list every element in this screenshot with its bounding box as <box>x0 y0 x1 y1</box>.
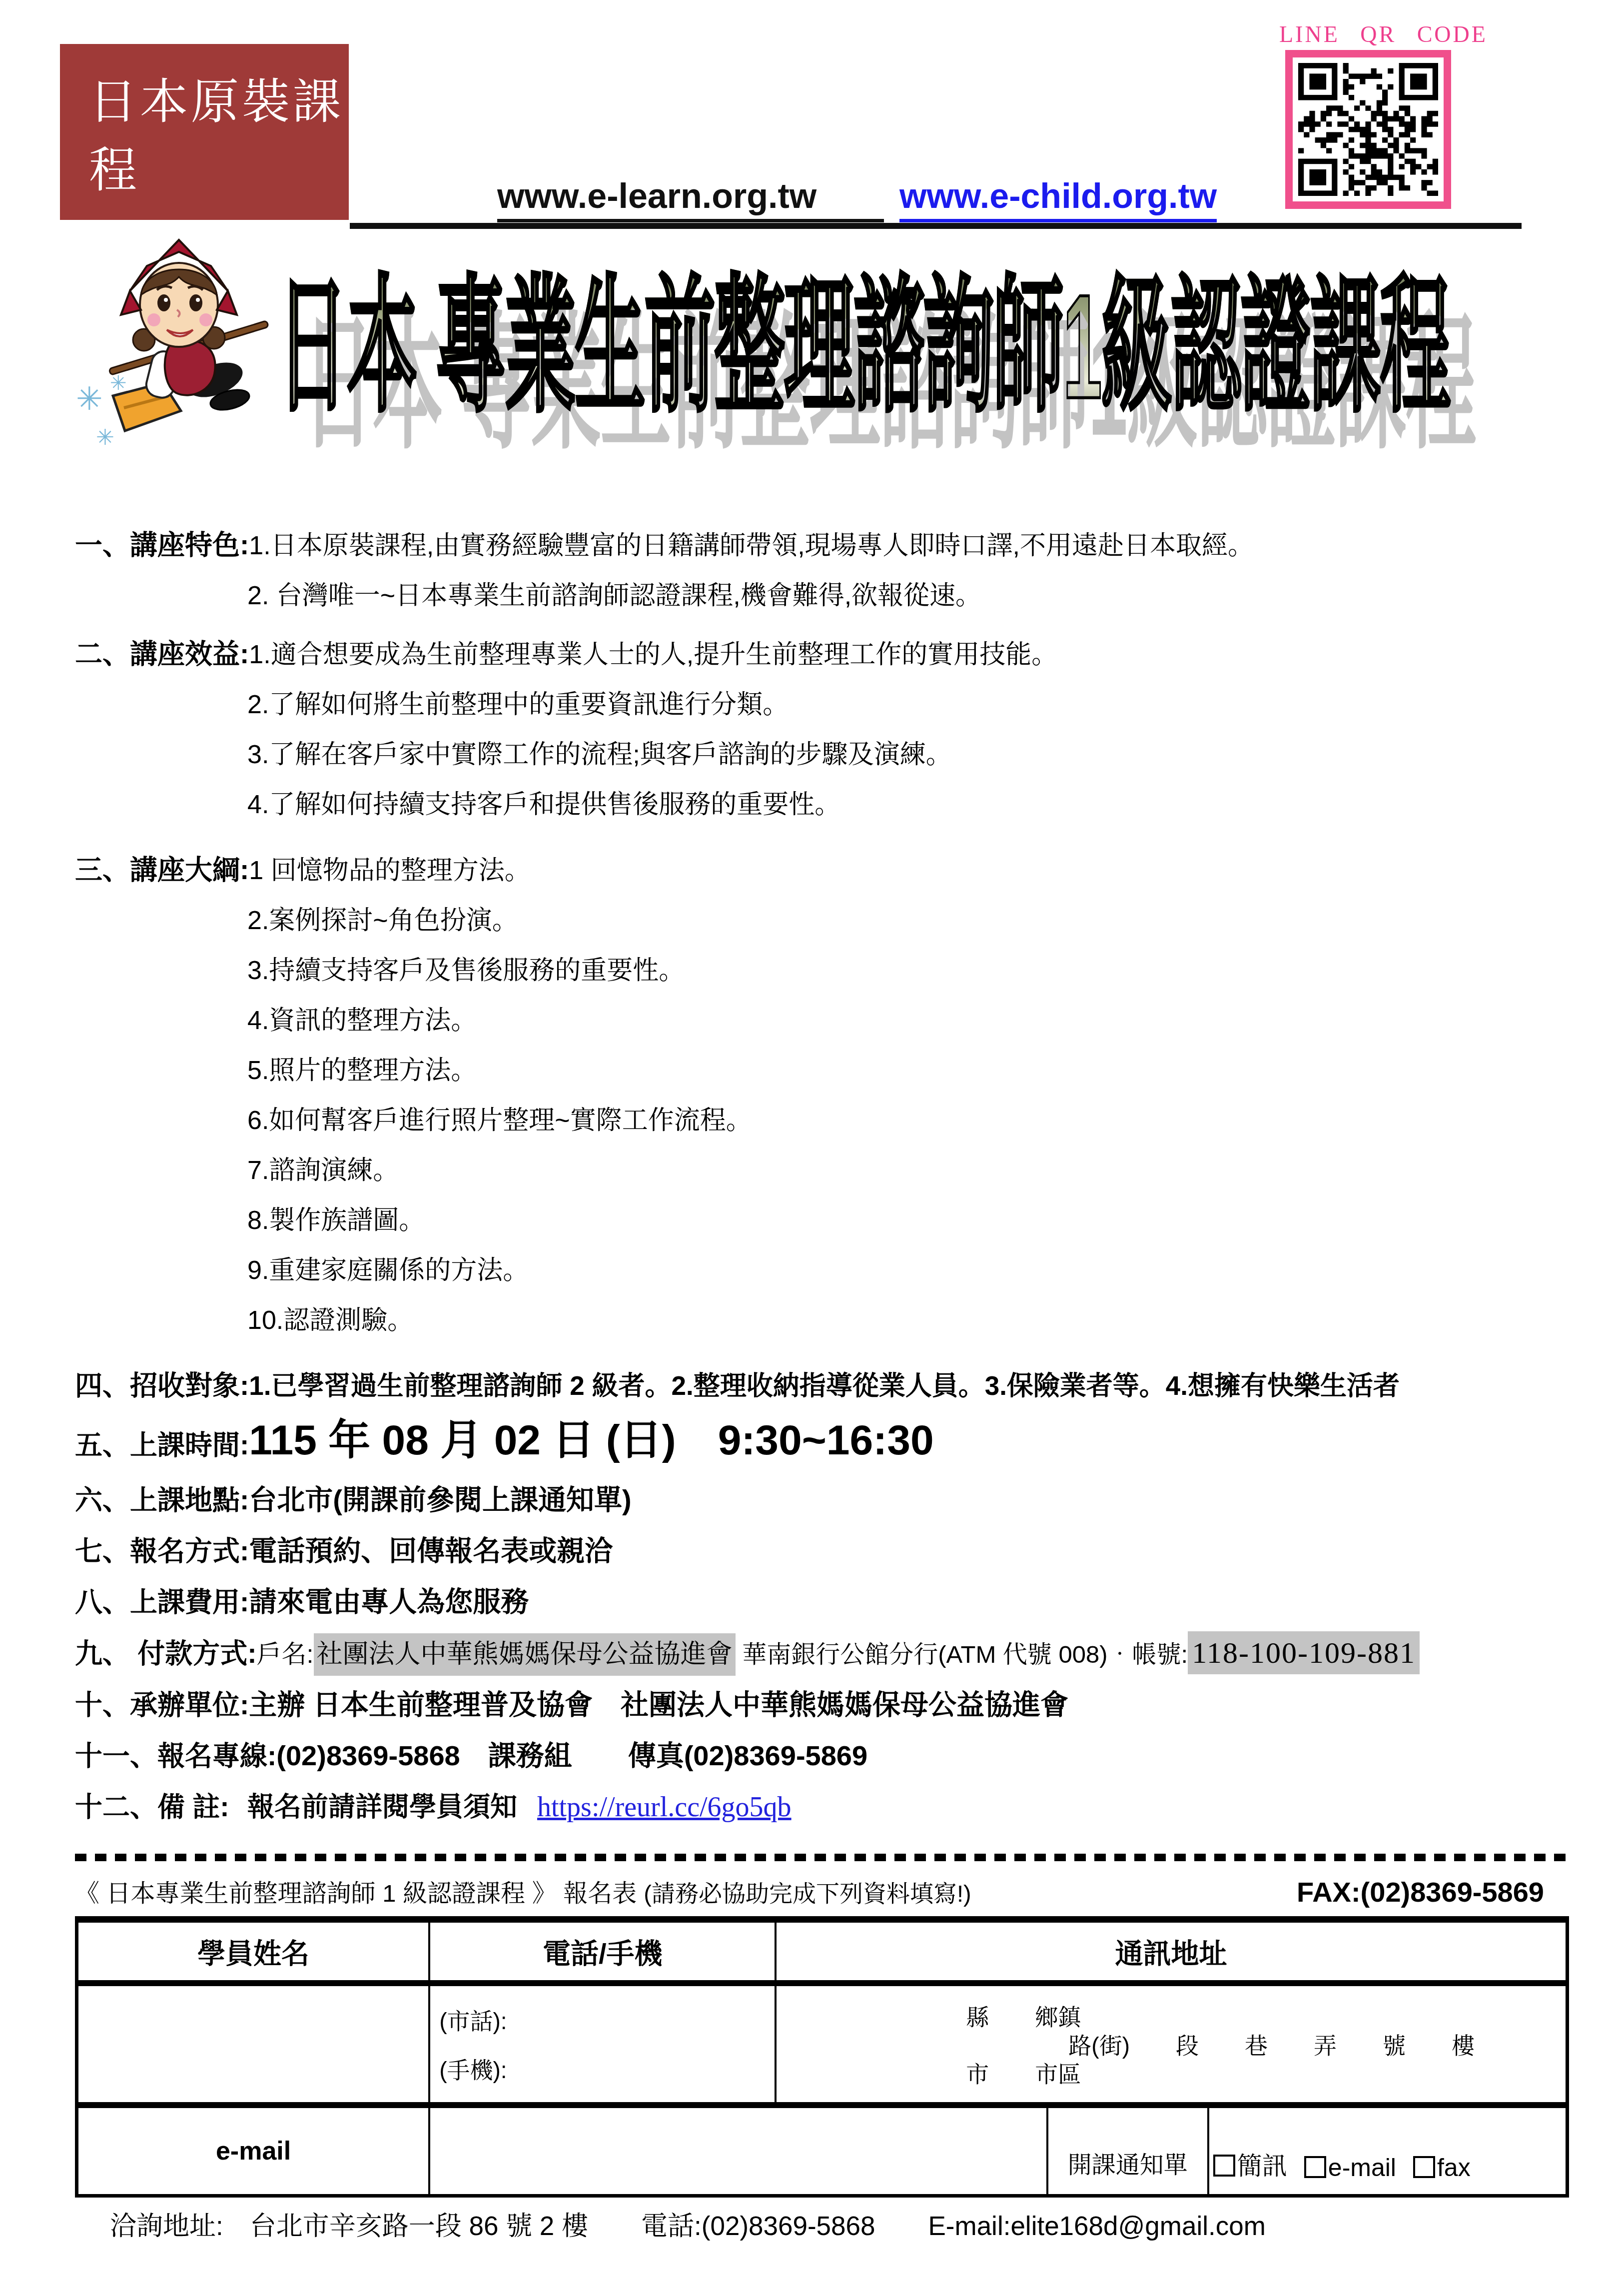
main-content: 一、講座特色:1.日本原裝課程,由實務經驗豐富的日籍講師帶領,現場專人即時口譯,… <box>75 520 1569 2198</box>
cut-divider <box>75 1854 1569 1861</box>
form-title: 《 日本專業生前整理諮詢師 1 級認證課程 》 報名表 <box>75 1874 637 1909</box>
link-e-child[interactable]: www.e-child.org.tw <box>899 176 1217 222</box>
section-item: 1.適合想要成為生前整理專業人士的人,提升生前整理工作的實用技能。 <box>249 640 1057 669</box>
table-input-row: (市話): (手機): 縣 鄉鎮 路(街) 段 巷 弄 號 樓 市 市區 <box>78 1986 1566 2108</box>
section-remarks: 十二、備 註:報名前請詳閱學員須知https://reurl.cc/6go5qb <box>75 1782 1569 1833</box>
address-county-label: 縣 鄉鎮 <box>966 1999 1081 2032</box>
section-item: 3.了解在客戶家中實際工作的流程;與客戶諮詢的步驟及演練。 <box>75 730 1569 780</box>
section-registration-method: 七、報名方式:電話預約、回傳報名表或親洽 <box>75 1526 1569 1577</box>
payee-name-highlight: 社團法人中華熊媽媽保母公益協進會 <box>314 1633 736 1676</box>
section-item: 2. 台灣唯一~日本專業生前諮詢師認證課程,機會難得,欲報從速。 <box>75 571 1569 621</box>
checkbox-icon <box>1413 2156 1435 2178</box>
section-item: 9.重建家庭關係的方法。 <box>75 1245 1569 1295</box>
section-payment: 九、 付款方式:戶名:社團法人中華熊媽媽保母公益協進會 華南銀行公館分行(ATM… <box>75 1628 1569 1680</box>
section-item: 4.了解如何持續支持客戶和提供售後服務的重要性。 <box>75 780 1569 830</box>
mobile-label: (手機): <box>439 2052 507 2085</box>
section-item: 1.日本原裝課程,由實務經驗豐富的日籍講師帶領,現場專人即時口譯,不用遠赴日本取… <box>249 531 1254 560</box>
email-label-cell: e-mail <box>78 2108 430 2194</box>
address-input-cell[interactable]: 縣 鄉鎮 路(街) 段 巷 弄 號 樓 市 市區 <box>777 1986 1566 2102</box>
col-header-name: 學員姓名 <box>78 1923 430 1980</box>
checkbox-email[interactable]: e-mail <box>1304 2153 1396 2182</box>
badge-label: 日本原裝課程 <box>89 63 349 200</box>
dress <box>165 340 215 395</box>
landline-label: (市話): <box>439 2003 507 2036</box>
email-input-cell[interactable] <box>430 2108 1048 2194</box>
sparkle-icon: ✳ <box>96 425 114 450</box>
address-city-label: 市 市區 <box>966 2056 1081 2089</box>
eye <box>157 294 170 311</box>
payee-prefix: 戶名: <box>257 1640 314 1668</box>
section-item: 1 回憶物品的整理方法。 <box>249 856 530 885</box>
col-header-address: 通訊地址 <box>777 1923 1566 1980</box>
notice-method-cell: 簡訊 e-mail fax <box>1209 2108 1566 2194</box>
sparkle-icon: ✳ <box>76 381 103 417</box>
link-e-learn[interactable]: www.e-learn.org.tw <box>497 176 884 222</box>
line-qr-code <box>1285 50 1451 209</box>
section-item: 5.照片的整理方法。 <box>75 1046 1569 1096</box>
form-fax: FAX:(02)8369-5869 <box>1297 1876 1544 1908</box>
section-label: 一、講座特色: <box>75 520 249 570</box>
flyer-page: 日本原裝課程 www.e-learn.org.tw www.e-child.or… <box>0 0 1624 2291</box>
col-header-phone: 電話/手機 <box>430 1923 777 1980</box>
section-item: 3.持續支持客戶及售後服務的重要性。 <box>75 946 1569 996</box>
eye <box>189 294 202 311</box>
section-benefits: 二、講座效益:1.適合想要成為生前整理專業人士的人,提升生前整理工作的實用技能。… <box>75 629 1569 830</box>
class-datetime: 115 年 08 月 02 日 (日) 9:30~16:30 <box>249 1416 933 1463</box>
course-origin-badge: 日本原裝課程 <box>60 44 349 220</box>
form-header: 《 日本專業生前整理諮詢師 1 級認證課程 》 報名表 (請務必協助完成下列資料… <box>75 1874 1569 1909</box>
section-class-time: 五、上課時間:115 年 08 月 02 日 (日) 9:30~16:30 <box>75 1411 1569 1475</box>
section-fee: 八、上課費用:請來電由專人為您服務 <box>75 1577 1569 1628</box>
section-item: 4.資訊的整理方法。 <box>75 996 1569 1046</box>
address-road-label: 路(街) 段 巷 弄 號 樓 <box>1068 2028 1475 2061</box>
checkbox-fax[interactable]: fax <box>1413 2153 1471 2182</box>
section-label: 三、講座大綱: <box>75 845 249 895</box>
contact-footer: 洽詢地址: 台北市辛亥路一段 86 號 2 樓 電話:(02)8369-5868… <box>110 2205 1266 2243</box>
name-input-cell[interactable] <box>78 1986 430 2102</box>
checkbox-icon <box>1304 2156 1326 2178</box>
section-hotline: 十一、報名專線:(02)8369-5868 課務組 傳真(02)8369-586… <box>75 1731 1569 1782</box>
student-notice-link[interactable]: https://reurl.cc/6go5qb <box>537 1792 792 1823</box>
section-item: 10.認證測驗。 <box>75 1295 1569 1345</box>
section-audience: 四、招收對象:1.已學習過生前整理諮詢師 2 級者。2.整理收納指導從業人員。3… <box>75 1360 1569 1411</box>
table-header-row: 學員姓名 電話/手機 通訊地址 <box>78 1923 1566 1986</box>
cleaning-lady-mascot: ✳ ✳ ✳ <box>65 235 280 465</box>
table-email-row: e-mail 開課通知單 簡訊 e-mail fax <box>78 2108 1566 2194</box>
phone-input-cell[interactable]: (市話): (手機): <box>430 1986 777 2102</box>
section-item: 8.製作族譜圖。 <box>75 1195 1569 1245</box>
bank-info: 華南銀行公館分行(ATM 代號 008)‧帳號: <box>736 1641 1188 1668</box>
section-item: 6.如何幫客戶進行照片整理~實際工作流程。 <box>75 1096 1569 1145</box>
qr-code-label: LINE QR CODE <box>1279 21 1459 47</box>
blush <box>147 313 160 326</box>
section-item: 7.諮詢演練。 <box>75 1145 1569 1195</box>
page-title: 日本 專業生前整理諮詢師1級認證課程 <box>277 228 1450 440</box>
sparkle-icon: ✳ <box>110 372 127 394</box>
section-label: 二、講座效益: <box>75 629 249 679</box>
blush <box>199 313 212 326</box>
registration-table: 學員姓名 電話/手機 通訊地址 (市話): (手機): 縣 鄉鎮 路(街) 段 … <box>75 1916 1569 2198</box>
section-item: 2.案例探討~角色扮演。 <box>75 896 1569 946</box>
section-item: 2.了解如何將生前整理中的重要資訊進行分類。 <box>75 680 1569 730</box>
notice-label-cell: 開課通知單 <box>1048 2108 1209 2194</box>
section-outline: 三、講座大綱:1 回憶物品的整理方法。 2.案例探討~角色扮演。 3.持續支持客… <box>75 845 1569 1345</box>
qr-code-image <box>1298 63 1438 196</box>
checkbox-icon <box>1213 2155 1235 2177</box>
section-organizer: 十、承辦單位:主辦 日本生前整理普及協會 社團法人中華熊媽媽保母公益協進會 <box>75 1680 1569 1731</box>
checkbox-sms[interactable]: 簡訊 <box>1213 2146 1287 2182</box>
section-location: 六、上課地點:台北市(開課前參閱上課通知單) <box>75 1475 1569 1526</box>
section-features: 一、講座特色:1.日本原裝課程,由實務經驗豐富的日籍講師帶領,現場專人即時口譯,… <box>75 520 1569 621</box>
form-note: (請務必協助完成下列資料填寫!) <box>644 1875 971 1909</box>
account-number-highlight: 118-100-109-881 <box>1188 1631 1420 1674</box>
